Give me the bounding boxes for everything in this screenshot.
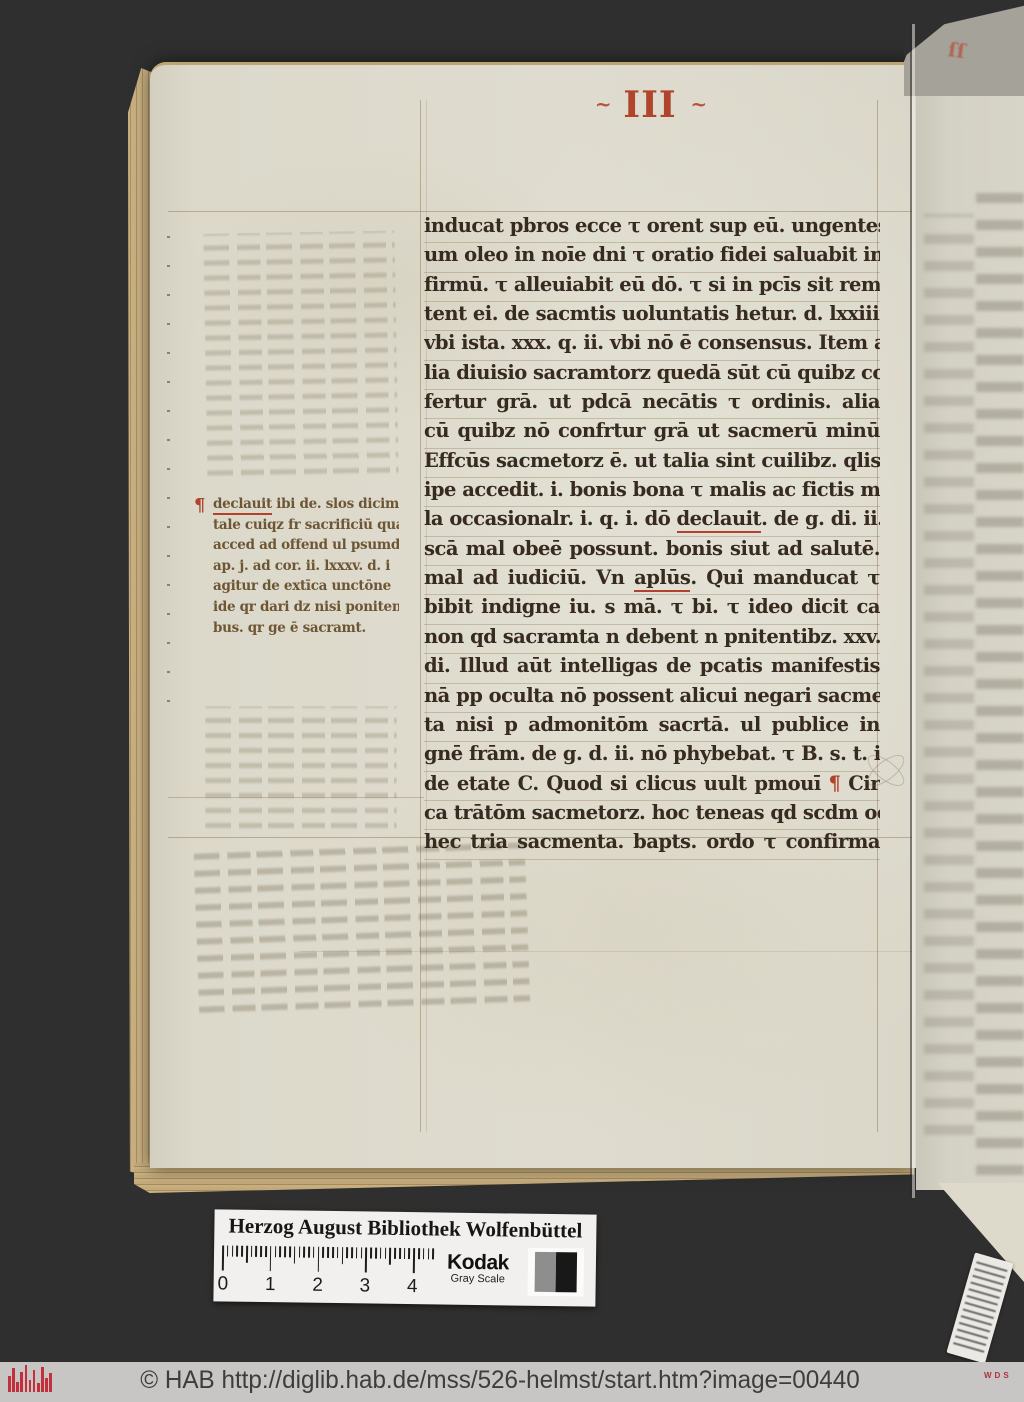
margin-note-line: acced ad offend ul psumdū [213, 537, 399, 558]
ruler-number: 4 [407, 1276, 418, 1298]
black-patch [556, 1252, 578, 1292]
margin-note-block: declauit ibi de. slos dicimustale cuiqz … [213, 496, 399, 640]
photo-canvas: ~ III ~ inducat pbros ecce τ orent sup e… [0, 0, 1024, 1402]
gray-patch [535, 1252, 557, 1292]
facing-page-text-column [924, 214, 974, 1144]
text-line: la occasionalr. i. q. i. dō declauit. de… [424, 507, 880, 536]
grayscale-patch [527, 1248, 584, 1297]
text-line: bibit indigne iu. s mā. τ bi. τ ideo dic… [424, 595, 880, 624]
bleedthrough-upper [203, 230, 399, 481]
text-line: inducat pbros ecce τ orent sup eū. ungen… [424, 214, 880, 243]
margin-note-line: ide qr dari dz nisi ponitenti [213, 599, 399, 620]
folio-number-text: III [623, 84, 677, 126]
margin-pilcrow-icon: ¶ [194, 495, 205, 516]
bleedthrough-middle [205, 706, 397, 834]
folio-flourish-right: ~ [690, 92, 705, 116]
text-line: de etate C. Quod si clicus uult pmouī ¶ … [424, 772, 880, 801]
shelfmark-label [946, 1253, 1013, 1364]
text-line: cū quibz nō confrtur grā ut sacmerū minū [424, 419, 880, 448]
text-line: firmū. τ alleuiabit eū dō. τ si in pcīs … [424, 273, 880, 302]
main-text-block: inducat pbros ecce τ orent sup eū. ungen… [424, 214, 880, 860]
text-line: ipe accedit. i. bonis bona τ malis ac fi… [424, 478, 880, 507]
text-line: vbi ista. xxx. q. ii. vbi nō ē consensus… [424, 331, 880, 360]
text-line: di. Illud aūt intelligas de pcatis manif… [424, 654, 880, 683]
text-line: ca trātōm sacmetorz. hoc teneas qd scdm … [424, 801, 880, 830]
glass-edge-highlight [912, 24, 915, 1198]
text-line: lia diuisio sacramtorz quedā sūt cū quib… [424, 361, 880, 390]
margin-note-line: declauit ibi de. slos dicimus [213, 496, 399, 517]
ruler-number: 0 [217, 1273, 228, 1295]
folio-number: ~ III ~ [555, 84, 745, 126]
facing-page-text-column [976, 184, 1024, 1184]
text-line: gnē frām. de g. d. ii. nō phybebat. τ B.… [424, 742, 880, 771]
text-line: tent ei. de sacmtis uoluntatis hetur. d.… [424, 302, 880, 331]
text-line: hec tria sacmenta. bapts. ordo τ confirm… [424, 830, 880, 859]
margin-note-line: bus. qr ge ē sacramt. [213, 620, 399, 641]
facing-page-strip [916, 64, 1024, 1190]
text-line: um oleo in noīe dni τ oratio fidei salua… [424, 243, 880, 272]
text-line: ta nisi p admonitōm sacrtā. ul publice i… [424, 713, 880, 742]
kodak-grayscale-label: Gray Scale [432, 1272, 524, 1285]
text-line: mal ad iudiciū. Vn aplūs. Qui manducat τ [424, 566, 880, 595]
ruler-ticks [222, 1245, 434, 1274]
page-edge-stack-left [128, 68, 152, 1176]
ruler-number: 2 [312, 1275, 323, 1297]
margin-note-line: tale cuiqz fr sacrificiū qual [213, 517, 399, 538]
margin-note-line: ap. j. ad cor. ii. lxxxv. d. i [213, 558, 399, 579]
ruler-numbers: 01234 [217, 1273, 417, 1298]
ruling-line-top [168, 211, 912, 212]
ruler-title: Herzog August Bibliothek Wolfenbüttel [214, 1213, 596, 1243]
text-line: non qd sacramta n debent n pnitentibz. x… [424, 625, 880, 654]
footer-caption: © HAB http://diglib.hab.de/mss/526-helms… [15, 1366, 985, 1395]
text-line: fertur grā. ut pdcā necātis τ ordinis. a… [424, 390, 880, 419]
margin-note-line: agitur de extīca unctōne [213, 578, 399, 599]
facing-page-red-mark: ſſ [946, 37, 963, 65]
text-line: scā mal obeē possunt. bonis siut ad salu… [424, 537, 880, 566]
text-line: nā pp oculta nō possent alicui negari sa… [424, 684, 880, 713]
ruler-strip: Herzog August Bibliothek Wolfenbüttel 01… [213, 1209, 596, 1306]
footer-corner-code: WDS [984, 1371, 1012, 1380]
ruler-number: 3 [359, 1275, 370, 1297]
pricking-dots [167, 232, 170, 702]
folio-flourish-left: ~ [595, 92, 610, 116]
kodak-block: Kodak Gray Scale [432, 1250, 524, 1285]
cross-doodle [856, 748, 914, 794]
bleedthrough-lower [193, 840, 531, 1019]
shelfmark-label-text-lines [952, 1258, 1009, 1357]
text-line: Effcūs sacmetorz ē. ut talia sint cuilib… [424, 449, 880, 478]
ruler-number: 1 [265, 1274, 276, 1296]
